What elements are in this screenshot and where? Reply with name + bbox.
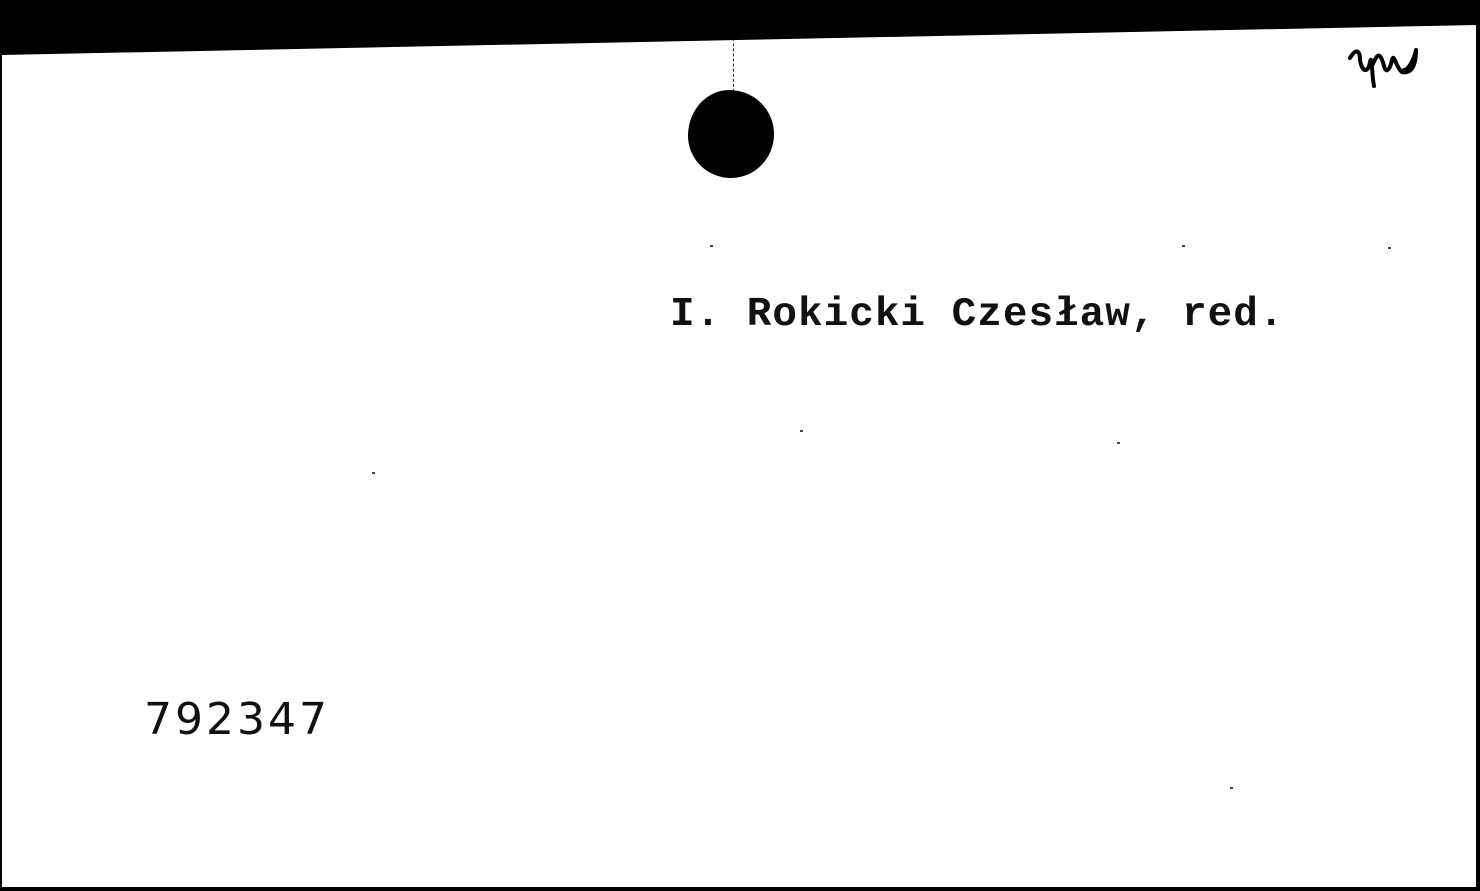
card-crease — [733, 28, 735, 92]
handwritten-initials-icon — [1342, 30, 1442, 90]
speck — [1117, 442, 1120, 444]
added-entry-heading: I. Rokicki Czesław, red. — [670, 292, 1285, 338]
speck — [1182, 245, 1185, 247]
speck — [710, 245, 713, 247]
catalog-card: I. Rokicki Czesław, red. 792347 — [2, 0, 1476, 887]
speck — [372, 472, 375, 474]
speck — [800, 430, 803, 432]
speck — [1388, 247, 1391, 249]
punch-hole — [688, 90, 774, 178]
speck — [1230, 787, 1233, 789]
call-number: 792347 — [144, 694, 330, 745]
